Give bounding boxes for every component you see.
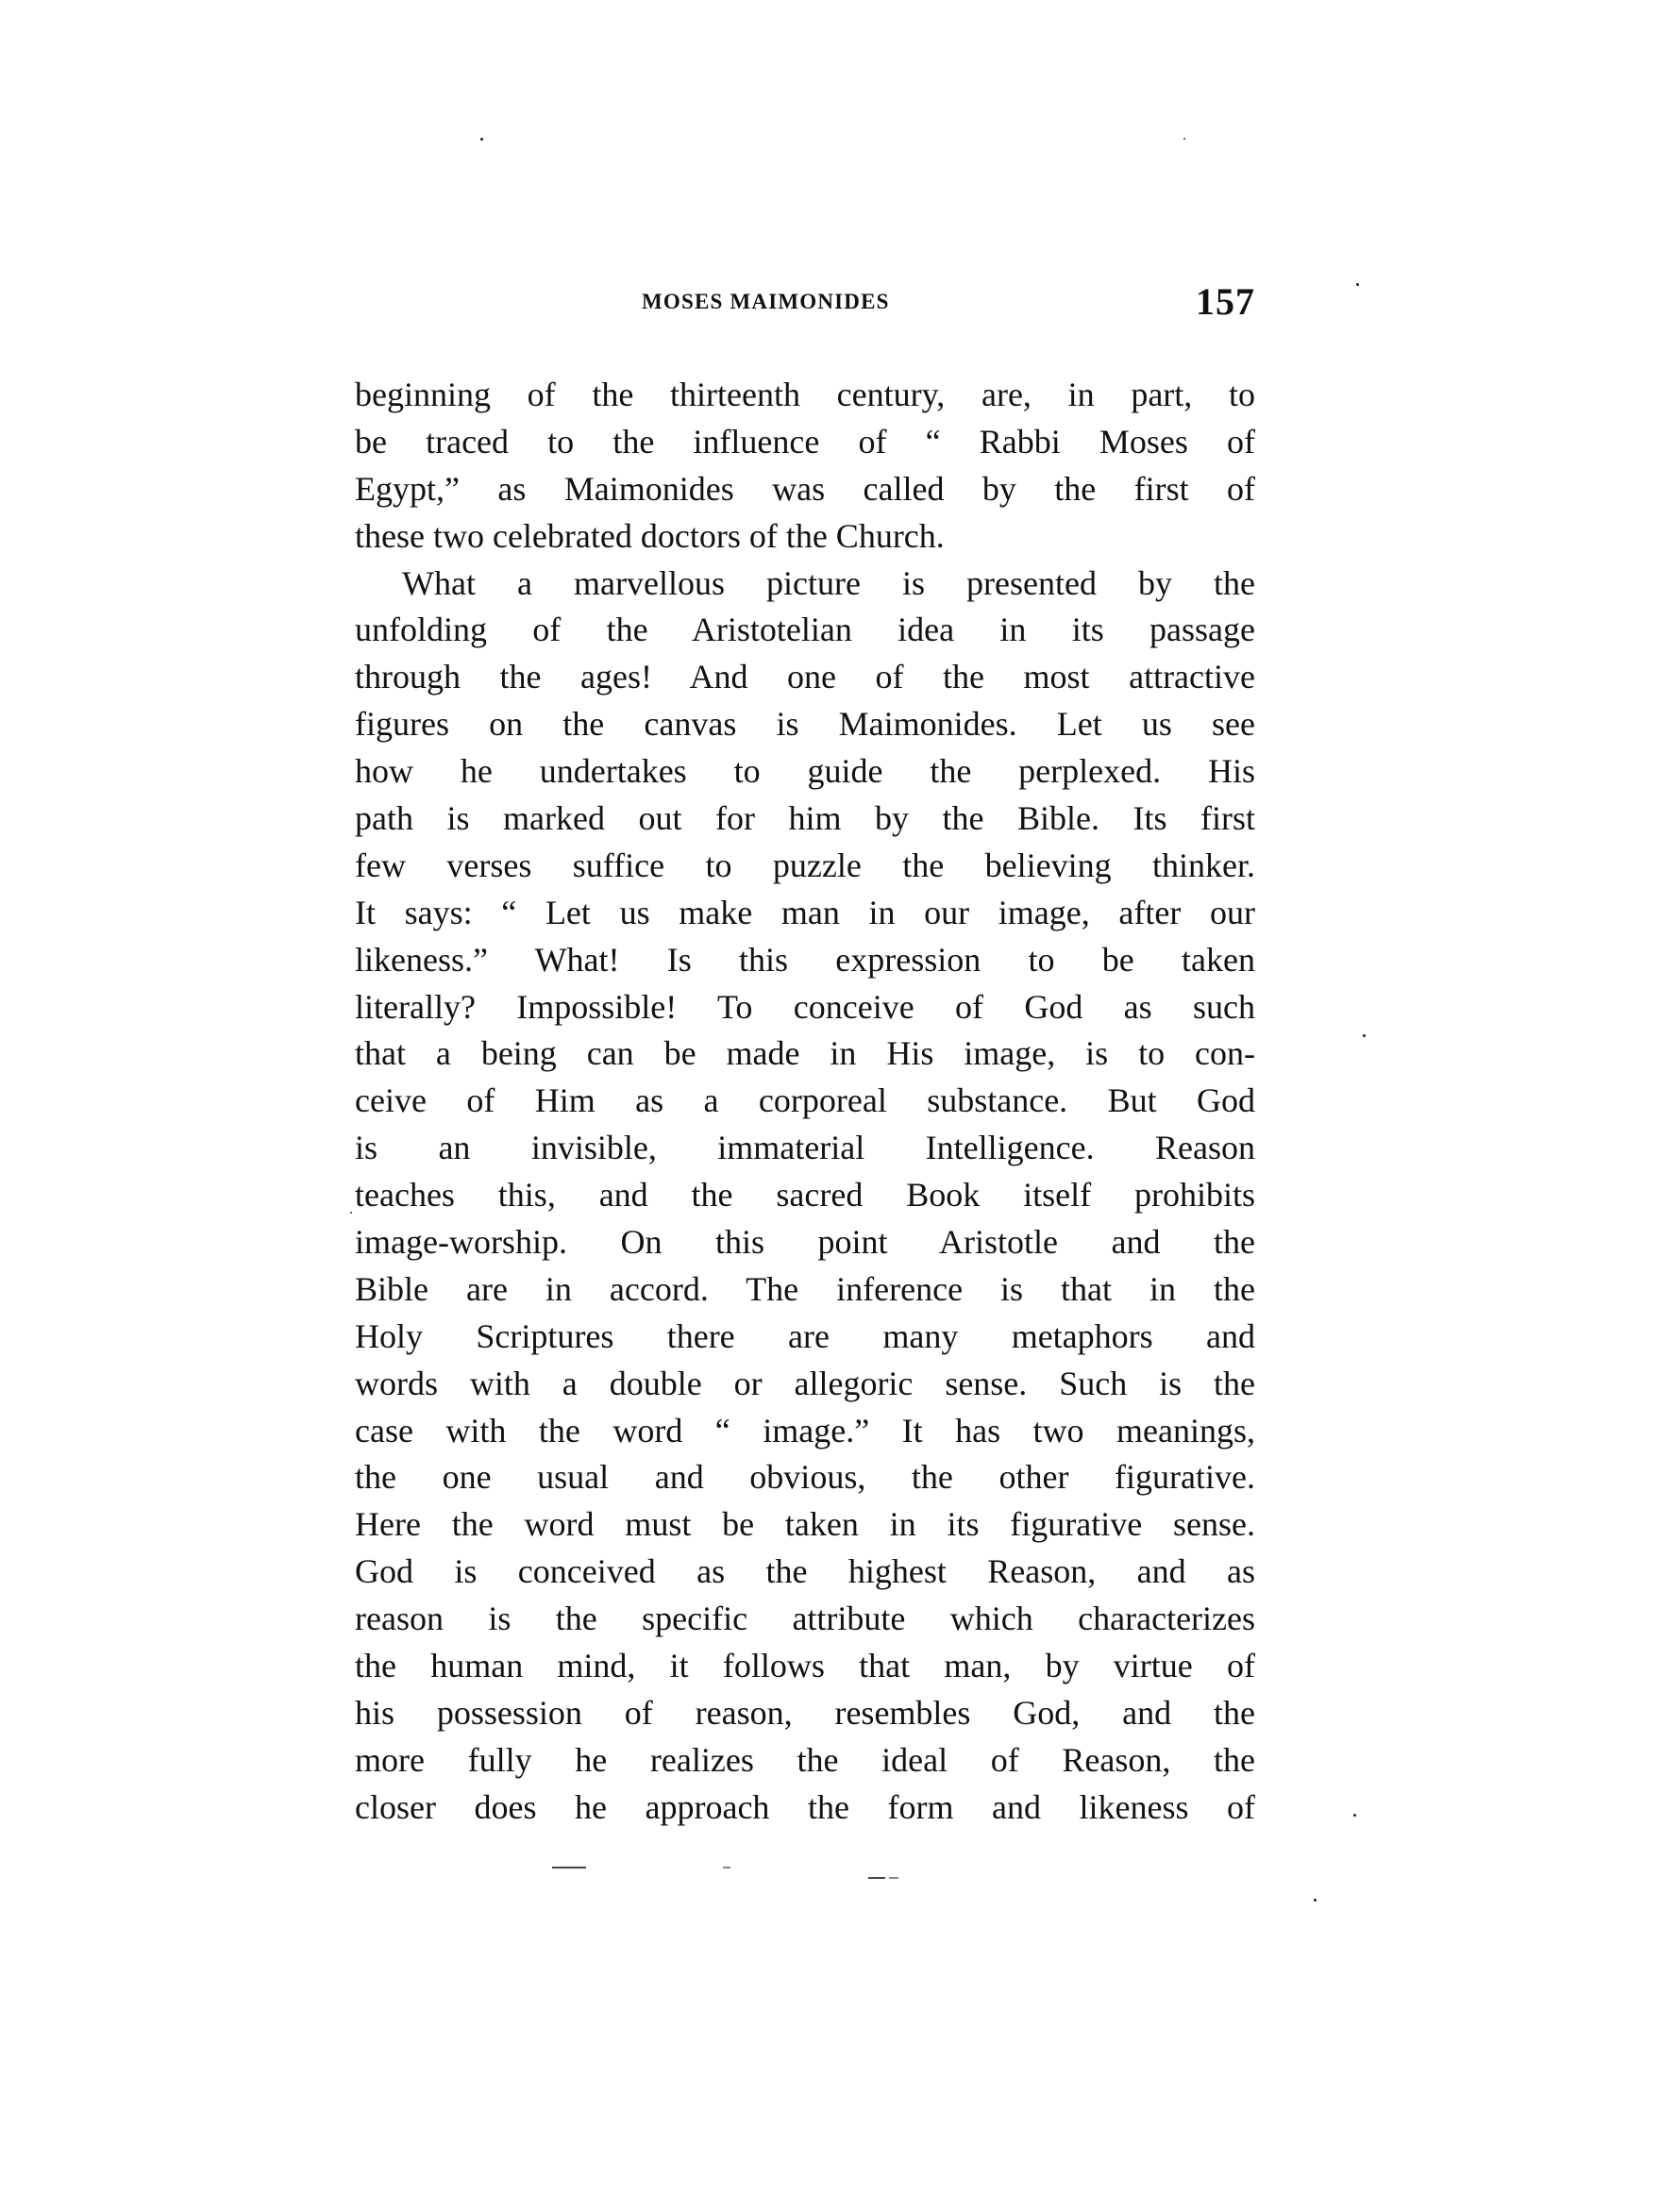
text-line: his possession of reason, resembles God,… <box>355 1690 1255 1737</box>
running-head: MOSES MAIMONIDES 157 <box>355 283 1255 321</box>
paragraph-aristotelian-idea: What a marvellous picture is presented b… <box>355 561 1255 1832</box>
scan-speck <box>1183 138 1185 140</box>
scan-speck <box>1353 1814 1356 1817</box>
text-line: ceive of Him as a corporeal substance. B… <box>355 1078 1255 1125</box>
text-line: how he undertakes to guide the perplexed… <box>355 748 1255 796</box>
text-line: that a being can be made in His image, i… <box>355 1031 1255 1078</box>
text-line: reason is the specific attribute which c… <box>355 1596 1255 1643</box>
body-text: beginning of the thirteenth century, are… <box>355 372 1255 1832</box>
text-line: path is marked out for him by the Bible.… <box>355 796 1255 843</box>
scan-mark <box>868 1877 885 1879</box>
text-line: the one usual and obvious, the other fig… <box>355 1454 1255 1501</box>
text-line: case with the word “ image.” It has two … <box>355 1408 1255 1455</box>
scan-speck <box>1356 283 1359 286</box>
page-number: 157 <box>1196 283 1255 321</box>
text-line: beginning of the thirteenth century, are… <box>355 372 1255 419</box>
text-line: unfolding of the Aristotelian idea in it… <box>355 607 1255 654</box>
scan-speck <box>1314 1899 1317 1902</box>
text-line: teaches this, and the sacred Book itself… <box>355 1172 1255 1219</box>
text-line: Here the word must be taken in its figur… <box>355 1501 1255 1549</box>
text-line: is an invisible, immaterial Intelligence… <box>355 1125 1255 1172</box>
text-line: God is conceived as the highest Reason, … <box>355 1549 1255 1596</box>
text-line: these two celebrated doctors of the Chur… <box>355 513 1255 561</box>
text-line: Holy Scriptures there are many metaphors… <box>355 1314 1255 1361</box>
text-line: words with a double or allegoric sense. … <box>355 1361 1255 1408</box>
book-page: MOSES MAIMONIDES 157 beginning of the th… <box>0 0 1661 2212</box>
paragraph-continued: beginning of the thirteenth century, are… <box>355 372 1255 561</box>
text-line: What a marvellous picture is presented b… <box>355 561 1255 608</box>
text-line: likeness.” What! Is this expression to b… <box>355 937 1255 984</box>
text-line: be traced to the influence of “ Rabbi Mo… <box>355 419 1255 466</box>
scan-mark <box>723 1867 730 1868</box>
running-head-title: MOSES MAIMONIDES <box>642 289 890 315</box>
text-line: few verses suffice to puzzle the believi… <box>355 843 1255 890</box>
scan-speck <box>350 1212 352 1214</box>
text-line: image-worship. On this point Aristotle a… <box>355 1219 1255 1266</box>
text-line: Bible are in accord. The inference is th… <box>355 1266 1255 1314</box>
text-line: more fully he realizes the ideal of Reas… <box>355 1737 1255 1785</box>
text-line: figures on the canvas is Maimonides. Let… <box>355 701 1255 748</box>
scan-speck <box>1363 1034 1366 1037</box>
text-line: closer does he approach the form and lik… <box>355 1785 1255 1832</box>
text-line: the human mind, it follows that man, by … <box>355 1643 1255 1690</box>
scan-mark <box>552 1867 586 1868</box>
text-line: literally? Impossible! To conceive of Go… <box>355 984 1255 1031</box>
scan-mark <box>889 1877 898 1879</box>
text-line: through the ages! And one of the most at… <box>355 654 1255 701</box>
scan-speck <box>480 138 483 141</box>
text-line: It says: “ Let us make man in our image,… <box>355 890 1255 937</box>
text-line: Egypt,” as Maimonides was called by the … <box>355 466 1255 513</box>
